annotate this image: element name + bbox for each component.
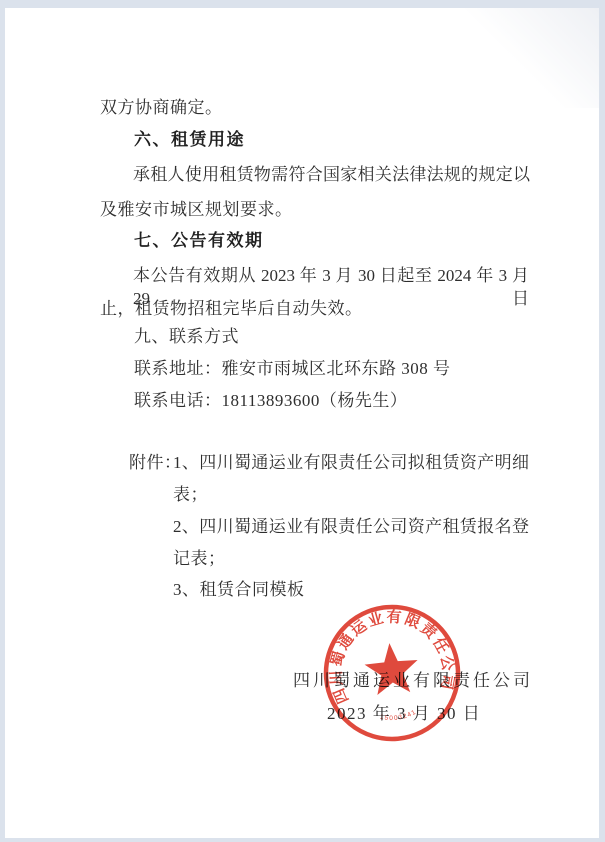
official-seal: 四川蜀通运业有限责任公司 15003241 (300, 581, 484, 765)
attachment-item-1-line-1: 1、四川蜀通运业有限责任公司拟租赁资产明细 (173, 451, 529, 474)
seal-number-text: 15003241 (378, 708, 418, 723)
attachment-item-2-line-1: 2、四川蜀通运业有限责任公司资产租赁报名登 (173, 515, 529, 538)
section6-paragraph-line-2: 及雅安市城区规划要求。 (100, 198, 293, 221)
section-heading-6: 六、租赁用途 (134, 128, 245, 151)
attachment-item-2-line-2: 记表； (173, 547, 226, 570)
section-heading-9: 九、联系方式 (134, 325, 239, 348)
seal-star-icon (363, 641, 420, 696)
document-paper: 双方协商确定。 六、租赁用途 承租人使用租赁物需符合国家相关法律法规的规定以 及… (5, 8, 599, 838)
section6-paragraph-line-1: 承租人使用租赁物需符合国家相关法律法规的规定以 (133, 163, 530, 186)
closing-paragraph-line: 双方协商确定。 (100, 96, 223, 119)
section7-paragraph-line-2: 止，租赁物招租完毕后自动失效。 (100, 297, 363, 320)
section-heading-7: 七、公告有效期 (134, 229, 264, 252)
attachment-item-1-line-2: 表； (173, 483, 208, 506)
attachment-item-3: 3、租赁合同模板 (173, 578, 305, 601)
contact-address-line: 联系地址：雅安市雨城区北环东路 308 号 (134, 357, 451, 380)
contact-phone-line: 联系电话：18113893600（杨先生） (134, 389, 407, 412)
